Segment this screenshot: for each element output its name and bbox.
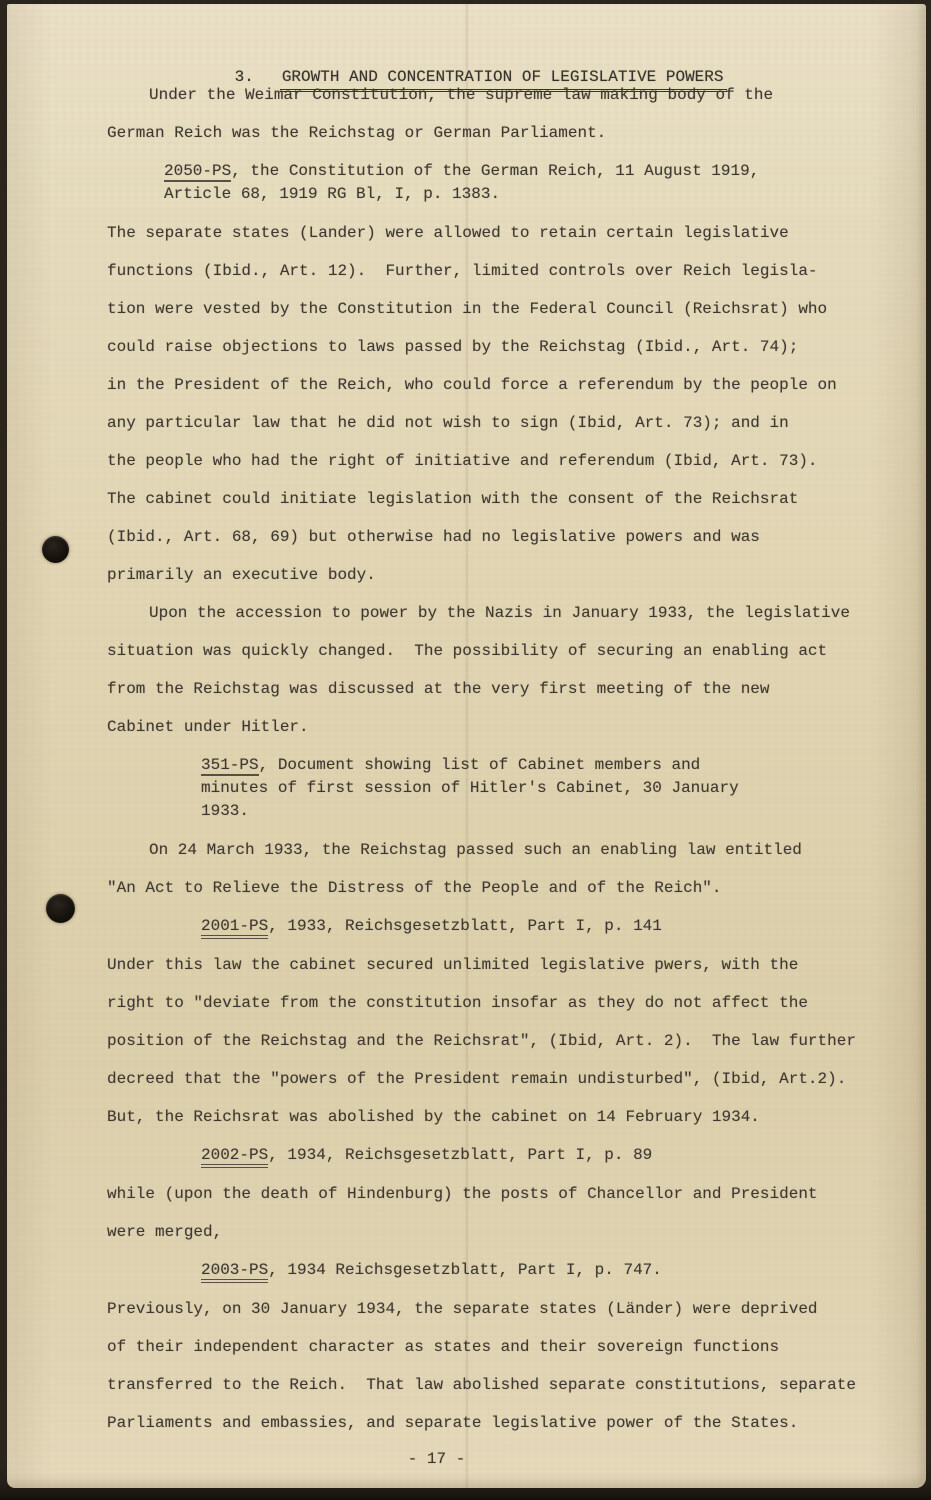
paragraph: Previously, on 30 January 1934, the sepa… (107, 1290, 922, 1442)
text-line: Upon the accession to power by the Nazis… (107, 594, 922, 632)
text-line: Parliaments and embassies, and separate … (107, 1404, 922, 1442)
paragraph: while (upon the death of Hindenburg) the… (107, 1175, 922, 1251)
page-number: - 17 - (7, 1450, 866, 1468)
citation: 2003-PS, 1934 Reichsgesetzblatt, Part I,… (201, 1259, 922, 1282)
hole-punch-bottom (46, 894, 75, 923)
text-line: in the President of the Reich, who could… (107, 366, 922, 404)
text-line: But, the Reichsrat was abolished by the … (107, 1098, 922, 1136)
text-line: could raise objections to laws passed by… (107, 328, 922, 366)
citation-ref: 2002-PS (201, 1146, 268, 1168)
text-line: the people who had the right of initiati… (107, 442, 922, 480)
text-line: The separate states (Lander) were allowe… (107, 214, 922, 252)
paragraph: The separate states (Lander) were allowe… (107, 214, 922, 594)
text-line: 2002-PS, 1934, Reichsgesetzblatt, Part I… (201, 1144, 922, 1167)
text-line: while (upon the death of Hindenburg) the… (107, 1175, 922, 1213)
text-line: German Reich was the Reichstag or German… (107, 114, 922, 152)
text-line: tion were vested by the Constitution in … (107, 290, 922, 328)
text-line: any particular law that he did not wish … (107, 404, 922, 442)
text-line: decreed that the "powers of the Presiden… (107, 1060, 922, 1098)
text-line: The cabinet could initiate legislation w… (107, 480, 922, 518)
citation-ref: 2003-PS (201, 1261, 268, 1283)
citation-text: , 1933, Reichsgesetzblatt, Part I, p. 14… (268, 917, 662, 935)
text-line: primarily an executive body. (107, 556, 922, 594)
hole-punch-top (42, 536, 69, 563)
text-line: 2001-PS, 1933, Reichsgesetzblatt, Part I… (201, 915, 922, 938)
text-line: were merged, (107, 1213, 922, 1251)
citation-ref: 2001-PS (201, 917, 268, 939)
text-line: Cabinet under Hitler. (107, 708, 922, 746)
text-line: 351-PS, Document showing list of Cabinet… (201, 754, 922, 777)
citation-text: , Document showing list of Cabinet membe… (259, 756, 701, 774)
scanned-page: 3.GROWTH AND CONCENTRATION OF LEGISLATIV… (0, 0, 931, 1500)
text-line: transferred to the Reich. That law aboli… (107, 1366, 922, 1404)
citation-text: , the Constitution of the German Reich, … (231, 162, 759, 180)
text-line: (Ibid., Art. 68, 69) but otherwise had n… (107, 518, 922, 556)
paragraph: Under the Weimar Constitution, the supre… (107, 76, 922, 152)
document-body: Under the Weimar Constitution, the supre… (107, 76, 922, 1442)
text-line: On 24 March 1933, the Reichstag passed s… (107, 831, 922, 869)
citation-text: , 1934, Reichsgesetzblatt, Part I, p. 89 (268, 1146, 652, 1164)
citation-text: , 1934 Reichsgesetzblatt, Part I, p. 747… (268, 1261, 662, 1279)
paragraph: Upon the accession to power by the Nazis… (107, 594, 922, 746)
citation: 2001-PS, 1933, Reichsgesetzblatt, Part I… (201, 915, 922, 938)
text-line: Under the Weimar Constitution, the supre… (107, 76, 922, 114)
text-line: position of the Reichstag and the Reichs… (107, 1022, 922, 1060)
text-line: 2003-PS, 1934 Reichsgesetzblatt, Part I,… (201, 1259, 922, 1282)
text-line: minutes of first session of Hitler's Cab… (201, 777, 922, 800)
text-line: Under this law the cabinet secured unlim… (107, 946, 922, 984)
paper: 3.GROWTH AND CONCENTRATION OF LEGISLATIV… (7, 4, 926, 1488)
paragraph: On 24 March 1933, the Reichstag passed s… (107, 831, 922, 907)
text-line: "An Act to Relieve the Distress of the P… (107, 869, 922, 907)
text-line: from the Reichstag was discussed at the … (107, 670, 922, 708)
text-line: Article 68, 1919 RG Bl, I, p. 1383. (164, 183, 922, 206)
text-line: 1933. (201, 800, 922, 823)
text-line: 2050-PS, the Constitution of the German … (164, 160, 922, 183)
paragraph: Under this law the cabinet secured unlim… (107, 946, 922, 1136)
citation-ref: 2050-PS (164, 162, 231, 182)
citation: 2002-PS, 1934, Reichsgesetzblatt, Part I… (201, 1144, 922, 1167)
text-line: Previously, on 30 January 1934, the sepa… (107, 1290, 922, 1328)
citation: 2050-PS, the Constitution of the German … (164, 160, 922, 206)
text-line: of their independent character as states… (107, 1328, 922, 1366)
text-line: situation was quickly changed. The possi… (107, 632, 922, 670)
text-line: functions (Ibid., Art. 12). Further, lim… (107, 252, 922, 290)
citation-ref: 351-PS (201, 756, 259, 776)
text-line: right to "deviate from the constitution … (107, 984, 922, 1022)
citation: 351-PS, Document showing list of Cabinet… (201, 754, 922, 823)
